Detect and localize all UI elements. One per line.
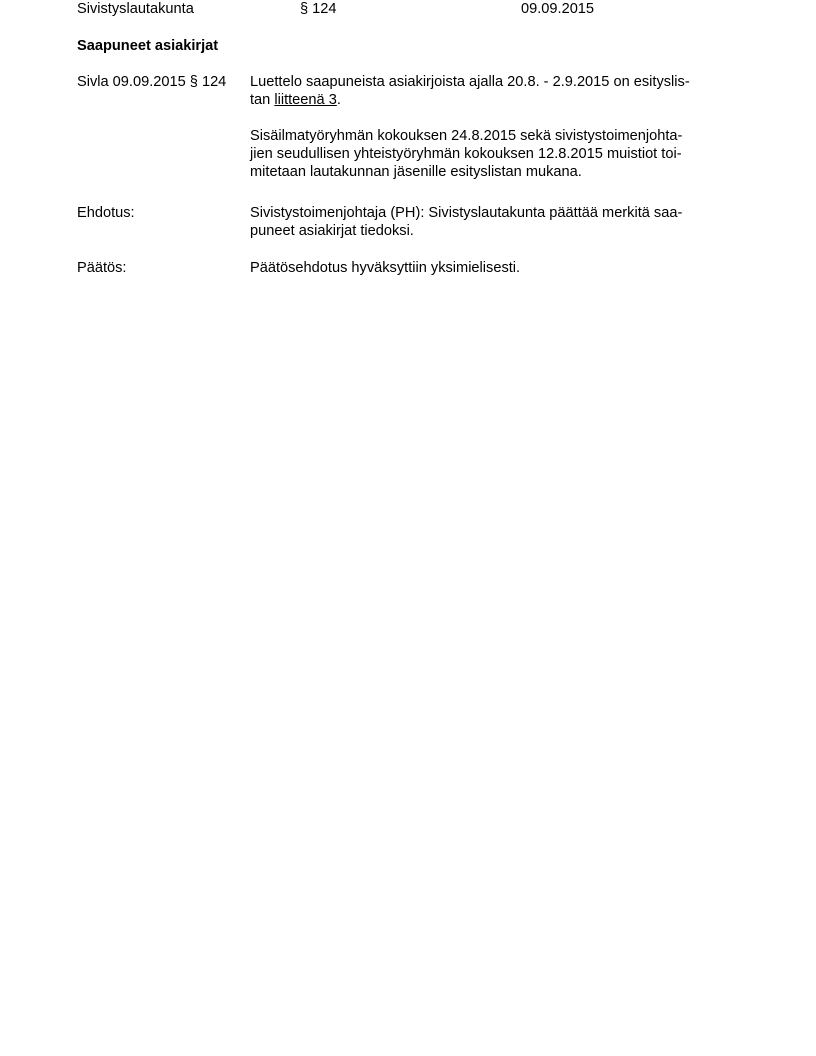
proposal-label: Ehdotus: (77, 204, 135, 222)
text-line: jien seudullisen yhteistyöryhmän kokouks… (250, 145, 740, 163)
text-line: puneet asiakirjat tiedoksi. (250, 222, 740, 240)
reference-body: Luettelo saapuneista asiakirjoista ajall… (250, 73, 740, 181)
text-line: Luettelo saapuneista asiakirjoista ajall… (250, 73, 740, 91)
reference-label: Sivla 09.09.2015 § 124 (77, 73, 226, 91)
decision-body: Päätösehdotus hyväksyttiin yksimielisest… (250, 259, 740, 277)
document-title: Saapuneet asiakirjat (77, 37, 218, 55)
text-line: tan liitteenä 3. (250, 91, 740, 109)
text-line: Sivistystoimenjohtaja (PH): Sivistyslaut… (250, 204, 740, 222)
paragraph-attachments: Luettelo saapuneista asiakirjoista ajall… (250, 73, 740, 109)
header-section-number: § 124 (300, 0, 337, 18)
header-date: 09.09.2015 (521, 0, 594, 18)
paragraph-memos: Sisäilmatyöryhmän kokouksen 24.8.2015 se… (250, 127, 740, 181)
text-line: mitetaan lautakunnan jäsenille esityslis… (250, 163, 740, 181)
decision-label: Päätös: (77, 259, 127, 277)
attachment-link[interactable]: liitteenä 3 (274, 92, 336, 108)
text-line: Päätösehdotus hyväksyttiin yksimielisest… (250, 259, 740, 277)
text-fragment: tan (250, 92, 274, 108)
text-line: Sisäilmatyöryhmän kokouksen 24.8.2015 se… (250, 127, 740, 145)
proposal-body: Sivistystoimenjohtaja (PH): Sivistyslaut… (250, 204, 740, 240)
header-organization: Sivistyslautakunta (77, 0, 194, 18)
text-fragment: . (337, 92, 341, 108)
